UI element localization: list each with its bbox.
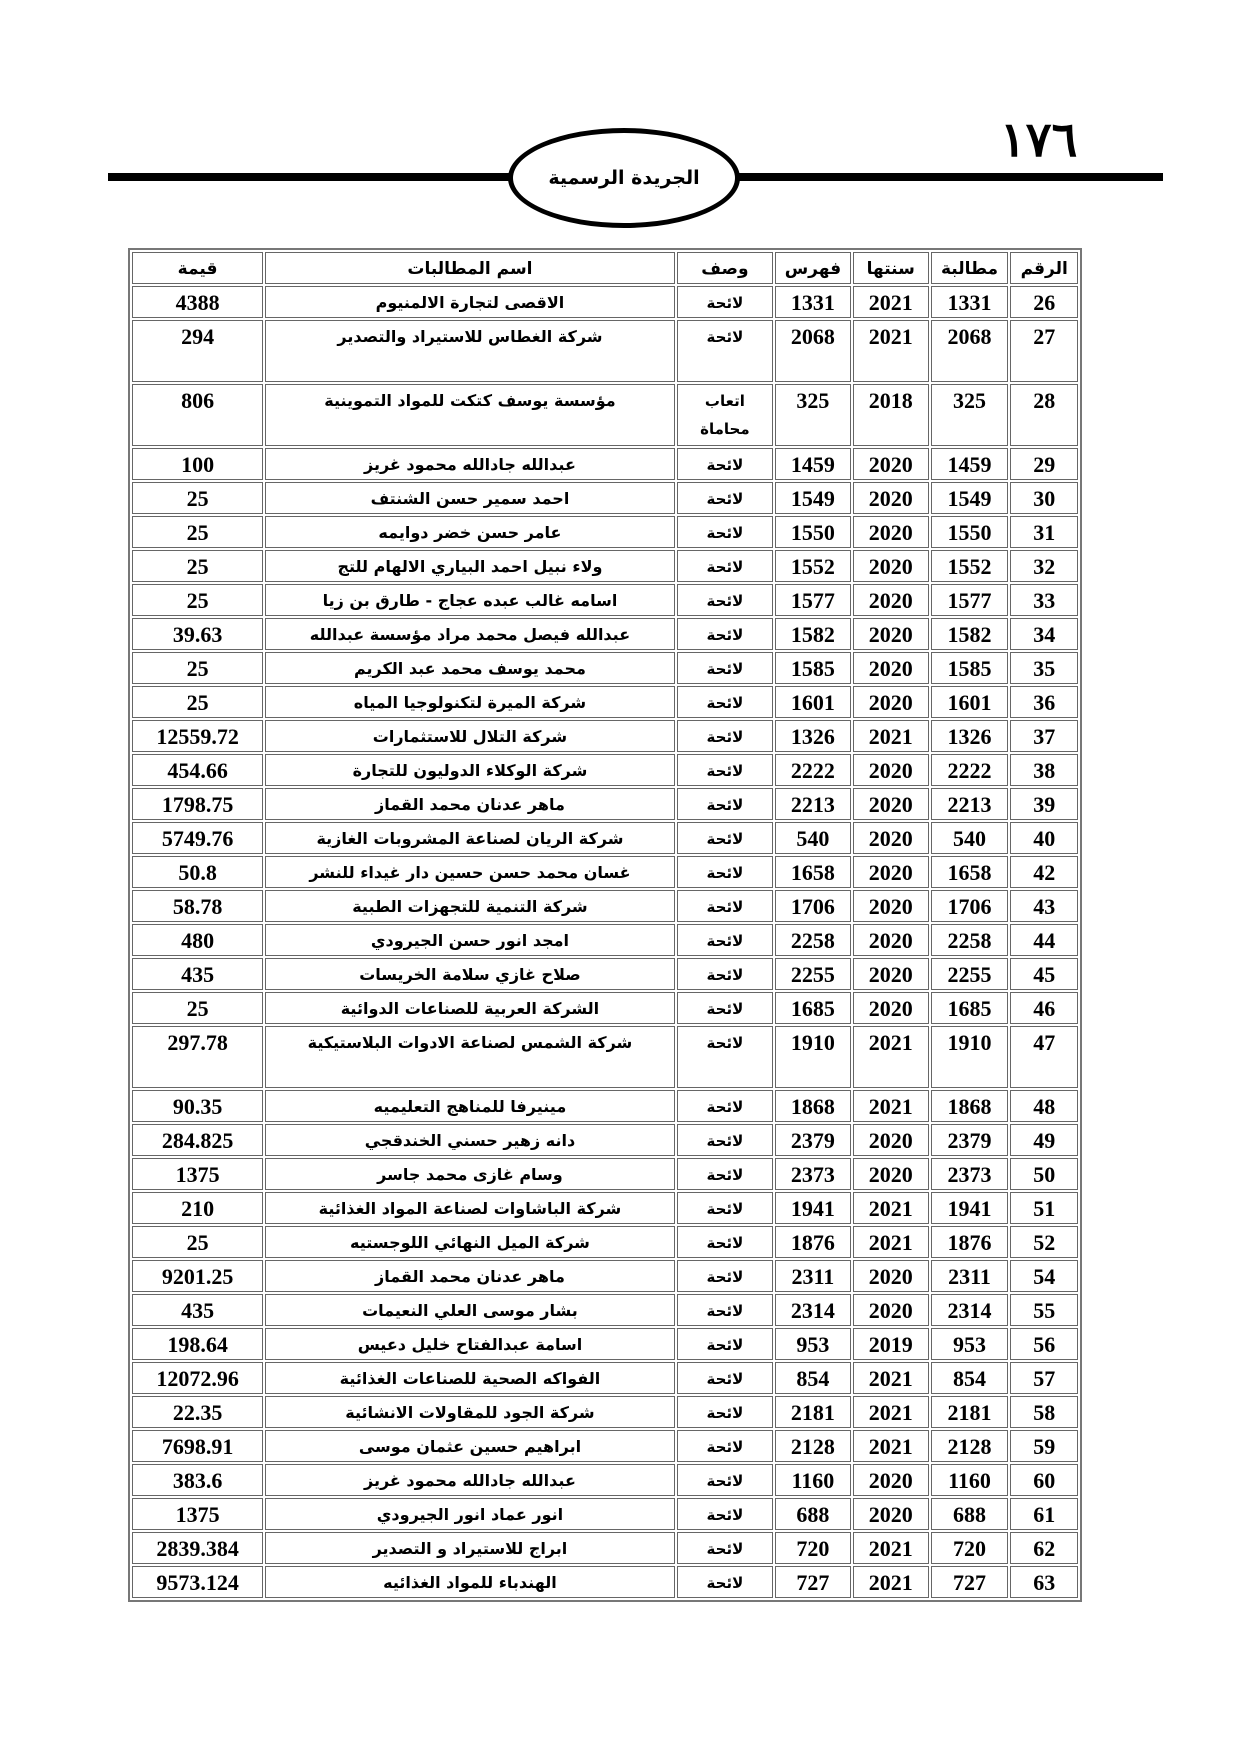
claimant-name: اسامة عبدالفتاح خليل دعيس	[265, 1328, 675, 1360]
index-number: 1706	[775, 890, 851, 922]
table-row: 33157720201577لائحةاسامه غالب عبده عجاج …	[132, 584, 1078, 616]
row-number: 56	[1010, 1328, 1078, 1360]
row-number: 58	[1010, 1396, 1078, 1428]
claimant-name: شركة التلال للاستثمارات	[265, 720, 675, 752]
row-number: 26	[1010, 286, 1078, 318]
claimant-name: الفواكه الصحية للصناعات الغذائية	[265, 1362, 675, 1394]
claim-year: 2018	[853, 384, 929, 446]
claim-year: 2021	[853, 1532, 929, 1564]
description: لائحة	[677, 754, 773, 786]
table-row: 34158220201582لائحةعبدالله فيصل محمد مرا…	[132, 618, 1078, 650]
description: لائحة	[677, 1294, 773, 1326]
description: لائحة	[677, 1124, 773, 1156]
claim-number: 688	[931, 1498, 1009, 1530]
claim-number: 727	[931, 1566, 1009, 1598]
col-header-year: سنتها	[853, 252, 929, 284]
claimant-name: عبدالله جادالله محمود غريز	[265, 448, 675, 480]
claimant-name: شركة التنمية للتجهزات الطبية	[265, 890, 675, 922]
claim-year: 2020	[853, 482, 929, 514]
claimant-name: انور عماد انور الجيرودي	[265, 1498, 675, 1530]
index-number: 854	[775, 1362, 851, 1394]
claim-year: 2020	[853, 992, 929, 1024]
table-row: 48186820211868لائحةمينيرفا للمناهج التعل…	[132, 1090, 1078, 1122]
row-number: 27	[1010, 320, 1078, 382]
description: لائحة	[677, 618, 773, 650]
table-row: 37132620211326لائحةشركة التلال للاستثمار…	[132, 720, 1078, 752]
index-number: 1910	[775, 1026, 851, 1088]
index-number: 1601	[775, 686, 851, 718]
table-row: 27206820212068لائحةشركة الغطاس للاستيراد…	[132, 320, 1078, 382]
claim-value: 50.8	[132, 856, 263, 888]
row-number: 43	[1010, 890, 1078, 922]
row-number: 51	[1010, 1192, 1078, 1224]
description: لائحة	[677, 286, 773, 318]
claim-number: 1549	[931, 482, 1009, 514]
table-row: 47191020211910لائحةشركة الشمس لصناعة الا…	[132, 1026, 1078, 1088]
claim-number: 854	[931, 1362, 1009, 1394]
row-number: 50	[1010, 1158, 1078, 1190]
claim-year: 2020	[853, 584, 929, 616]
claimant-name: عبدالله فيصل محمد مراد مؤسسة عبدالله	[265, 618, 675, 650]
claim-year: 2019	[853, 1328, 929, 1360]
claim-number: 2311	[931, 1260, 1009, 1292]
table-row: 44225820202258لائحةامجد انور حسن الجيرود…	[132, 924, 1078, 956]
claim-number: 1868	[931, 1090, 1009, 1122]
description: لائحة	[677, 516, 773, 548]
claim-value: 90.35	[132, 1090, 263, 1122]
description: لائحة	[677, 1566, 773, 1598]
claim-number: 1585	[931, 652, 1009, 684]
claim-year: 2020	[853, 856, 929, 888]
claim-value: 58.78	[132, 890, 263, 922]
row-number: 30	[1010, 482, 1078, 514]
claim-number: 1326	[931, 720, 1009, 752]
col-header-claimant-name: اسم المطالبات	[265, 252, 675, 284]
claim-year: 2021	[853, 720, 929, 752]
index-number: 1550	[775, 516, 851, 548]
row-number: 32	[1010, 550, 1078, 582]
claim-year: 2020	[853, 754, 929, 786]
table-row: 31155020201550لائحةعامر حسن خضر دوايمه25	[132, 516, 1078, 548]
claim-number: 2068	[931, 320, 1009, 382]
table-row: 51194120211941لائحةشركة الباشاوات لصناعة…	[132, 1192, 1078, 1224]
index-number: 2213	[775, 788, 851, 820]
row-number: 36	[1010, 686, 1078, 718]
description: لائحة	[677, 1026, 773, 1088]
table-row: 283252018325اتعاب محاماةمؤسسة يوسف كتكت …	[132, 384, 1078, 446]
claim-value: 297.78	[132, 1026, 263, 1088]
claim-value: 480	[132, 924, 263, 956]
index-number: 2128	[775, 1430, 851, 1462]
claim-value: 806	[132, 384, 263, 446]
description: لائحة	[677, 1328, 773, 1360]
page-number: ١٧٦	[1000, 112, 1077, 168]
table-row: 46168520201685لائحةالشركة العربية للصناع…	[132, 992, 1078, 1024]
row-number: 42	[1010, 856, 1078, 888]
description: لائحة	[677, 720, 773, 752]
claim-year: 2020	[853, 890, 929, 922]
claim-value: 25	[132, 652, 263, 684]
claim-year: 2020	[853, 550, 929, 582]
claimant-name: عامر حسن خضر دوايمه	[265, 516, 675, 548]
claimant-name: شركة الوكلاء الدوليون للتجارة	[265, 754, 675, 786]
claim-year: 2021	[853, 286, 929, 318]
index-number: 2314	[775, 1294, 851, 1326]
row-number: 47	[1010, 1026, 1078, 1088]
index-number: 1326	[775, 720, 851, 752]
description: لائحة	[677, 1260, 773, 1292]
claimant-name: غسان محمد حسن حسين دار غيداء للنشر	[265, 856, 675, 888]
claim-number: 1910	[931, 1026, 1009, 1088]
index-number: 2258	[775, 924, 851, 956]
claimant-name: دانه زهير حسني الخندقجي	[265, 1124, 675, 1156]
description: لائحة	[677, 1226, 773, 1258]
table-row: 45225520202255لائحةصلاح غازي سلامة الخري…	[132, 958, 1078, 990]
index-number: 727	[775, 1566, 851, 1598]
claim-number: 2379	[931, 1124, 1009, 1156]
table-row: 578542021854لائحةالفواكه الصحية للصناعات…	[132, 1362, 1078, 1394]
claimant-name: شركة الميرة لتكنولوجيا المياه	[265, 686, 675, 718]
table-row: 50237320202373لائحةوسام غازى محمد جاسر13…	[132, 1158, 1078, 1190]
index-number: 2255	[775, 958, 851, 990]
claim-value: 7698.91	[132, 1430, 263, 1462]
claim-year: 2021	[853, 320, 929, 382]
table-row: 43170620201706لائحةشركة التنمية للتجهزات…	[132, 890, 1078, 922]
description: لائحة	[677, 448, 773, 480]
claimant-name: امجد انور حسن الجيرودي	[265, 924, 675, 956]
claimant-name: بشار موسى العلي النعيمات	[265, 1294, 675, 1326]
description: لائحة	[677, 1430, 773, 1462]
description: لائحة	[677, 890, 773, 922]
description: لائحة	[677, 1464, 773, 1496]
claim-number: 953	[931, 1328, 1009, 1360]
row-number: 28	[1010, 384, 1078, 446]
table-row: 29145920201459لائحةعبدالله جادالله محمود…	[132, 448, 1078, 480]
claimant-name: ماهر عدنان محمد القماز	[265, 1260, 675, 1292]
claims-table: الرقم مطالبة سنتها فهرس وصف اسم المطالبا…	[128, 248, 1082, 1602]
claim-year: 2020	[853, 1464, 929, 1496]
index-number: 1577	[775, 584, 851, 616]
claim-value: 25	[132, 686, 263, 718]
claim-value: 1798.75	[132, 788, 263, 820]
claim-number: 2373	[931, 1158, 1009, 1190]
table-row: 58218120212181لائحةشركة الجود للمقاولات …	[132, 1396, 1078, 1428]
claim-value: 210	[132, 1192, 263, 1224]
claim-value: 12559.72	[132, 720, 263, 752]
col-header-claim: مطالبة	[931, 252, 1009, 284]
claim-value: 12072.96	[132, 1362, 263, 1394]
description: لائحة	[677, 1090, 773, 1122]
row-number: 40	[1010, 822, 1078, 854]
row-number: 49	[1010, 1124, 1078, 1156]
publication-title: الجريدة الرسمية	[548, 167, 699, 189]
table-row: 627202021720لائحةابراج للاستيراد و التصد…	[132, 1532, 1078, 1564]
table-row: 52187620211876لائحةشركة الميل النهائي ال…	[132, 1226, 1078, 1258]
row-number: 48	[1010, 1090, 1078, 1122]
claim-year: 2020	[853, 1498, 929, 1530]
claimant-name: شركة الغطاس للاستيراد والتصدير	[265, 320, 675, 382]
claim-year: 2020	[853, 1158, 929, 1190]
description: لائحة	[677, 788, 773, 820]
description: لائحة	[677, 1158, 773, 1190]
claim-value: 435	[132, 1294, 263, 1326]
index-number: 1658	[775, 856, 851, 888]
description: لائحة	[677, 958, 773, 990]
claim-year: 2021	[853, 1566, 929, 1598]
claim-year: 2020	[853, 516, 929, 548]
claim-year: 2021	[853, 1362, 929, 1394]
description: لائحة	[677, 924, 773, 956]
claim-value: 25	[132, 550, 263, 582]
table-row: 42165820201658لائحةغسان محمد حسن حسين دا…	[132, 856, 1078, 888]
row-number: 31	[1010, 516, 1078, 548]
table-row: 32155220201552لائحةولاء نبيل احمد البيار…	[132, 550, 1078, 582]
description: لائحة	[677, 1532, 773, 1564]
claim-value: 25	[132, 584, 263, 616]
index-number: 1160	[775, 1464, 851, 1496]
claim-value: 284.825	[132, 1124, 263, 1156]
claim-value: 435	[132, 958, 263, 990]
table-row: 569532019953لائحةاسامة عبدالفتاح خليل دع…	[132, 1328, 1078, 1360]
index-number: 953	[775, 1328, 851, 1360]
index-number: 1459	[775, 448, 851, 480]
table-row: 38222220202222لائحةشركة الوكلاء الدوليون…	[132, 754, 1078, 786]
claim-year: 2021	[853, 1026, 929, 1088]
table-row: 26133120211331لائحةالاقصى لتجارة الالمني…	[132, 286, 1078, 318]
publication-oval: الجريدة الرسمية	[508, 128, 740, 228]
index-number: 1585	[775, 652, 851, 684]
index-number: 2373	[775, 1158, 851, 1190]
description: لائحة	[677, 320, 773, 382]
claim-year: 2020	[853, 1294, 929, 1326]
claim-value: 100	[132, 448, 263, 480]
index-number: 2379	[775, 1124, 851, 1156]
description: لائحة	[677, 992, 773, 1024]
claimant-name: مينيرفا للمناهج التعليميه	[265, 1090, 675, 1122]
claim-year: 2021	[853, 1396, 929, 1428]
col-header-number: الرقم	[1010, 252, 1078, 284]
claim-number: 1706	[931, 890, 1009, 922]
index-number: 1582	[775, 618, 851, 650]
description: لائحة	[677, 822, 773, 854]
description: لائحة	[677, 1192, 773, 1224]
index-number: 540	[775, 822, 851, 854]
claim-number: 325	[931, 384, 1009, 446]
claimant-name: ماهر عدنان محمد القماز	[265, 788, 675, 820]
claim-year: 2020	[853, 1260, 929, 1292]
claim-value: 25	[132, 482, 263, 514]
claimant-name: اسامه غالب عبده عجاج - طارق بن زيا	[265, 584, 675, 616]
claim-year: 2020	[853, 958, 929, 990]
claim-value: 1375	[132, 1498, 263, 1530]
claimant-name: شركة الشمس لصناعة الادوات البلاستيكية	[265, 1026, 675, 1088]
description: اتعاب محاماة	[677, 384, 773, 446]
description: لائحة	[677, 584, 773, 616]
claimant-name: شركة الميل النهائي اللوجستيه	[265, 1226, 675, 1258]
claim-value: 294	[132, 320, 263, 382]
claim-year: 2020	[853, 686, 929, 718]
claimant-name: شركة الريان لصناعة المشروبات الغازية	[265, 822, 675, 854]
row-number: 34	[1010, 618, 1078, 650]
row-number: 59	[1010, 1430, 1078, 1462]
index-number: 1685	[775, 992, 851, 1024]
row-number: 63	[1010, 1566, 1078, 1598]
row-number: 62	[1010, 1532, 1078, 1564]
row-number: 29	[1010, 448, 1078, 480]
index-number: 325	[775, 384, 851, 446]
claim-value: 25	[132, 1226, 263, 1258]
claim-value: 25	[132, 516, 263, 548]
claim-value: 22.35	[132, 1396, 263, 1428]
claim-value: 25	[132, 992, 263, 1024]
claimant-name: محمد يوسف محمد عبد الكريم	[265, 652, 675, 684]
claim-number: 2255	[931, 958, 1009, 990]
claim-number: 1685	[931, 992, 1009, 1024]
table-row: 55231420202314لائحةبشار موسى العلي النعي…	[132, 1294, 1078, 1326]
claim-number: 1582	[931, 618, 1009, 650]
claim-value: 9201.25	[132, 1260, 263, 1292]
row-number: 52	[1010, 1226, 1078, 1258]
claimant-name: وسام غازى محمد جاسر	[265, 1158, 675, 1190]
row-number: 61	[1010, 1498, 1078, 1530]
claims-table-wrapper: الرقم مطالبة سنتها فهرس وصف اسم المطالبا…	[128, 248, 1082, 1602]
index-number: 1331	[775, 286, 851, 318]
claimant-name: مؤسسة يوسف كتكت للمواد التموينية	[265, 384, 675, 446]
claim-number: 1658	[931, 856, 1009, 888]
table-body: 26133120211331لائحةالاقصى لتجارة الالمني…	[132, 286, 1078, 1598]
description: لائحة	[677, 856, 773, 888]
claim-year: 2020	[853, 652, 929, 684]
claim-year: 2020	[853, 788, 929, 820]
table-row: 637272021727لائحةالهندباء للمواد الغذائي…	[132, 1566, 1078, 1598]
table-row: 35158520201585لائحةمحمد يوسف محمد عبد ال…	[132, 652, 1078, 684]
claim-year: 2021	[853, 1192, 929, 1224]
claim-value: 383.6	[132, 1464, 263, 1496]
claim-year: 2021	[853, 1430, 929, 1462]
description: لائحة	[677, 1396, 773, 1428]
claim-year: 2020	[853, 618, 929, 650]
col-header-description: وصف	[677, 252, 773, 284]
claim-number: 1601	[931, 686, 1009, 718]
row-number: 37	[1010, 720, 1078, 752]
row-number: 46	[1010, 992, 1078, 1024]
row-number: 33	[1010, 584, 1078, 616]
claim-value: 39.63	[132, 618, 263, 650]
table-row: 49237920202379لائحةدانه زهير حسني الخندق…	[132, 1124, 1078, 1156]
claim-number: 1331	[931, 286, 1009, 318]
row-number: 45	[1010, 958, 1078, 990]
claim-number: 1459	[931, 448, 1009, 480]
claimant-name: شركة الباشاوات لصناعة المواد الغذائية	[265, 1192, 675, 1224]
claim-year: 2020	[853, 924, 929, 956]
claim-number: 2128	[931, 1430, 1009, 1462]
row-number: 54	[1010, 1260, 1078, 1292]
description: لائحة	[677, 1362, 773, 1394]
table-row: 60116020201160لائحةعبدالله جادالله محمود…	[132, 1464, 1078, 1496]
description: لائحة	[677, 482, 773, 514]
index-number: 2068	[775, 320, 851, 382]
claim-year: 2021	[853, 1090, 929, 1122]
claimant-name: احمد سمير حسن الشنتف	[265, 482, 675, 514]
claim-value: 4388	[132, 286, 263, 318]
claim-year: 2020	[853, 822, 929, 854]
claimant-name: شركة الجود للمقاولات الانشائية	[265, 1396, 675, 1428]
claimant-name: عبدالله جادالله محمود غريز	[265, 1464, 675, 1496]
claim-number: 1876	[931, 1226, 1009, 1258]
claim-number: 2213	[931, 788, 1009, 820]
claimant-name: ولاء نبيل احمد البياري الالهام للتج	[265, 550, 675, 582]
index-number: 2181	[775, 1396, 851, 1428]
claim-value: 5749.76	[132, 822, 263, 854]
row-number: 57	[1010, 1362, 1078, 1394]
row-number: 60	[1010, 1464, 1078, 1496]
index-number: 1941	[775, 1192, 851, 1224]
claimant-name: ابراهيم حسين عثمان موسى	[265, 1430, 675, 1462]
claim-number: 540	[931, 822, 1009, 854]
index-number: 720	[775, 1532, 851, 1564]
claim-number: 2181	[931, 1396, 1009, 1428]
claim-year: 2021	[853, 1226, 929, 1258]
index-number: 2222	[775, 754, 851, 786]
claim-value: 1375	[132, 1158, 263, 1190]
description: لائحة	[677, 550, 773, 582]
claim-number: 1550	[931, 516, 1009, 548]
row-number: 39	[1010, 788, 1078, 820]
claim-value: 2839.384	[132, 1532, 263, 1564]
description: لائحة	[677, 1498, 773, 1530]
index-number: 1876	[775, 1226, 851, 1258]
row-number: 44	[1010, 924, 1078, 956]
claimant-name: الشركة العربية للصناعات الدوائية	[265, 992, 675, 1024]
index-number: 2311	[775, 1260, 851, 1292]
description: لائحة	[677, 686, 773, 718]
col-header-value: قيمة	[132, 252, 263, 284]
table-row: 405402020540لائحةشركة الريان لصناعة المش…	[132, 822, 1078, 854]
table-row: 39221320202213لائحةماهر عدنان محمد القما…	[132, 788, 1078, 820]
description: لائحة	[677, 652, 773, 684]
claim-value: 198.64	[132, 1328, 263, 1360]
col-header-index: فهرس	[775, 252, 851, 284]
table-row: 54231120202311لائحةماهر عدنان محمد القما…	[132, 1260, 1078, 1292]
claimant-name: الاقصى لتجارة الالمنيوم	[265, 286, 675, 318]
claim-number: 1941	[931, 1192, 1009, 1224]
claim-number: 2314	[931, 1294, 1009, 1326]
row-number: 55	[1010, 1294, 1078, 1326]
claim-number: 2258	[931, 924, 1009, 956]
row-number: 35	[1010, 652, 1078, 684]
claim-number: 1160	[931, 1464, 1009, 1496]
row-number: 38	[1010, 754, 1078, 786]
index-number: 1868	[775, 1090, 851, 1122]
index-number: 1552	[775, 550, 851, 582]
table-header-row: الرقم مطالبة سنتها فهرس وصف اسم المطالبا…	[132, 252, 1078, 284]
index-number: 688	[775, 1498, 851, 1530]
table-row: 36160120201601لائحةشركة الميرة لتكنولوجي…	[132, 686, 1078, 718]
claim-value: 9573.124	[132, 1566, 263, 1598]
claimant-name: صلاح غازي سلامة الخريسات	[265, 958, 675, 990]
table-row: 59212820212128لائحةابراهيم حسين عثمان مو…	[132, 1430, 1078, 1462]
claim-value: 454.66	[132, 754, 263, 786]
claim-year: 2020	[853, 448, 929, 480]
claim-number: 1577	[931, 584, 1009, 616]
index-number: 1549	[775, 482, 851, 514]
claim-year: 2020	[853, 1124, 929, 1156]
table-row: 616882020688لائحةانور عماد انور الجيرودي…	[132, 1498, 1078, 1530]
claim-number: 1552	[931, 550, 1009, 582]
claimant-name: ابراج للاستيراد و التصدير	[265, 1532, 675, 1564]
claimant-name: الهندباء للمواد الغذائيه	[265, 1566, 675, 1598]
claim-number: 2222	[931, 754, 1009, 786]
